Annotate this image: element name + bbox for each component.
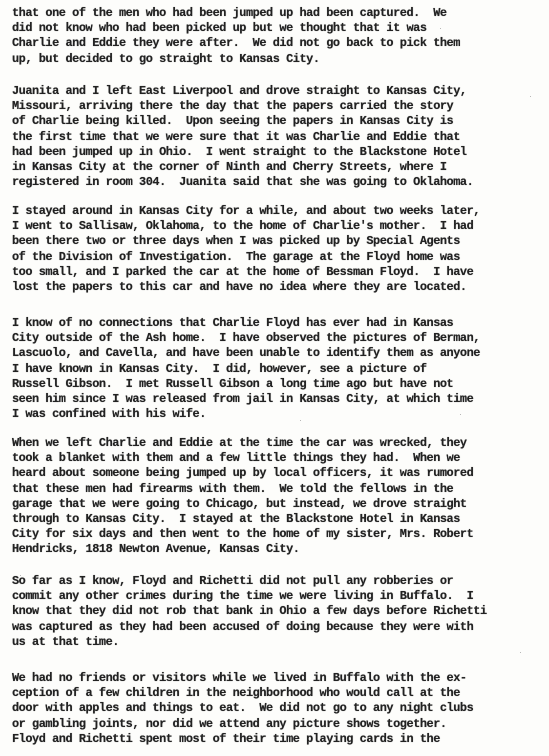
text-line: door with apples and things to eat. We d…: [12, 701, 547, 716]
text-line: Lascuolo, and Cavella, and have been una…: [12, 346, 547, 361]
scan-speck: [530, 96, 531, 97]
document-page: that one of the men who had been jumped …: [0, 0, 549, 756]
text-line: that these men had firearms with them. W…: [12, 482, 547, 497]
text-line: through to Kansas City. I stayed at the …: [12, 512, 547, 527]
text-line: too small, and I parked the car at the h…: [12, 265, 547, 280]
text-line: Missouri, arriving there the day that th…: [12, 99, 547, 114]
text-line: ception of a few children in the neighbo…: [12, 686, 547, 701]
text-line: know that they did not rob that bank in …: [12, 604, 547, 619]
text-line: I stayed around in Kansas City for a whi…: [12, 204, 547, 219]
text-line: City outside of the Ash home. I have obs…: [12, 331, 547, 346]
scan-speck: [440, 28, 441, 29]
paragraph-buffalo-crimes: So far as I know, Floyd and Richetti did…: [12, 574, 547, 650]
text-line: I have known in Kansas City. I did, howe…: [12, 362, 547, 377]
text-line: heard about someone being jumped up by l…: [12, 466, 547, 481]
text-line: Russell Gibson. I met Russell Gibson a l…: [12, 377, 547, 392]
paragraph-buffalo-visitors: We had no friends or visitors while we l…: [12, 671, 547, 747]
scan-speck: [300, 420, 301, 421]
scan-speck: [520, 652, 521, 653]
text-line: or gambling joints, nor did we attend an…: [12, 717, 547, 732]
text-line: commit any other crimes during the time …: [12, 589, 547, 604]
text-line: was captured as they had been accused of…: [12, 620, 547, 635]
text-line: garage that we were going to Chicago, bu…: [12, 497, 547, 512]
text-line: did not know who had been picked up but …: [12, 21, 547, 36]
text-line: had been jumped up in Ohio. I went strai…: [12, 145, 547, 160]
text-line: Hendricks, 1818 Newton Avenue, Kansas Ci…: [12, 542, 547, 557]
text-line: Floyd and Richetti spent most of their t…: [12, 732, 547, 747]
text-line: registered in room 304. Juanita said tha…: [12, 175, 547, 190]
paragraph-sallisaw: I stayed around in Kansas City for a whi…: [12, 204, 547, 295]
text-line: the first time that we were sure that it…: [12, 130, 547, 145]
paragraph-captured: that one of the men who had been jumped …: [12, 6, 547, 67]
text-line: I was confined with his wife.: [12, 407, 547, 422]
text-line: Charlie and Eddie they were after. We di…: [12, 36, 547, 51]
text-line: in Kansas City at the corner of Ninth an…: [12, 160, 547, 175]
text-line: seen him since I was released from jail …: [12, 392, 547, 407]
paragraph-connections: I know of no connections that Charlie Fl…: [12, 316, 547, 422]
text-line: City for six days and then went to the h…: [12, 527, 547, 542]
text-line: up, but decided to go straight to Kansas…: [12, 52, 547, 67]
text-line: that one of the men who had been jumped …: [12, 6, 547, 21]
text-line: of the Division of Investigation. The ga…: [12, 250, 547, 265]
scan-speck: [460, 414, 461, 415]
text-line: So far as I know, Floyd and Richetti did…: [12, 574, 547, 589]
paragraph-kansas-city-arrival: Juanita and I left East Liverpool and dr…: [12, 84, 547, 190]
text-line: Juanita and I left East Liverpool and dr…: [12, 84, 547, 99]
scan-speck: [20, 575, 21, 576]
text-line: of Charlie being killed. Upon seeing the…: [12, 114, 547, 129]
scan-speck: [375, 182, 376, 183]
text-line: I went to Sallisaw, Oklahoma, to the hom…: [12, 219, 547, 234]
text-line: us at that time.: [12, 635, 547, 650]
text-line: We had no friends or visitors while we l…: [12, 671, 547, 686]
text-line: When we left Charlie and Eddie at the ti…: [12, 436, 547, 451]
paragraph-car-wrecked: When we left Charlie and Eddie at the ti…: [12, 436, 547, 558]
text-line: lost the papers to this car and have no …: [12, 280, 547, 295]
text-line: I know of no connections that Charlie Fl…: [12, 316, 547, 331]
text-line: took a blanket with them and a few littl…: [12, 451, 547, 466]
text-line: been there two or three days when I was …: [12, 234, 547, 249]
